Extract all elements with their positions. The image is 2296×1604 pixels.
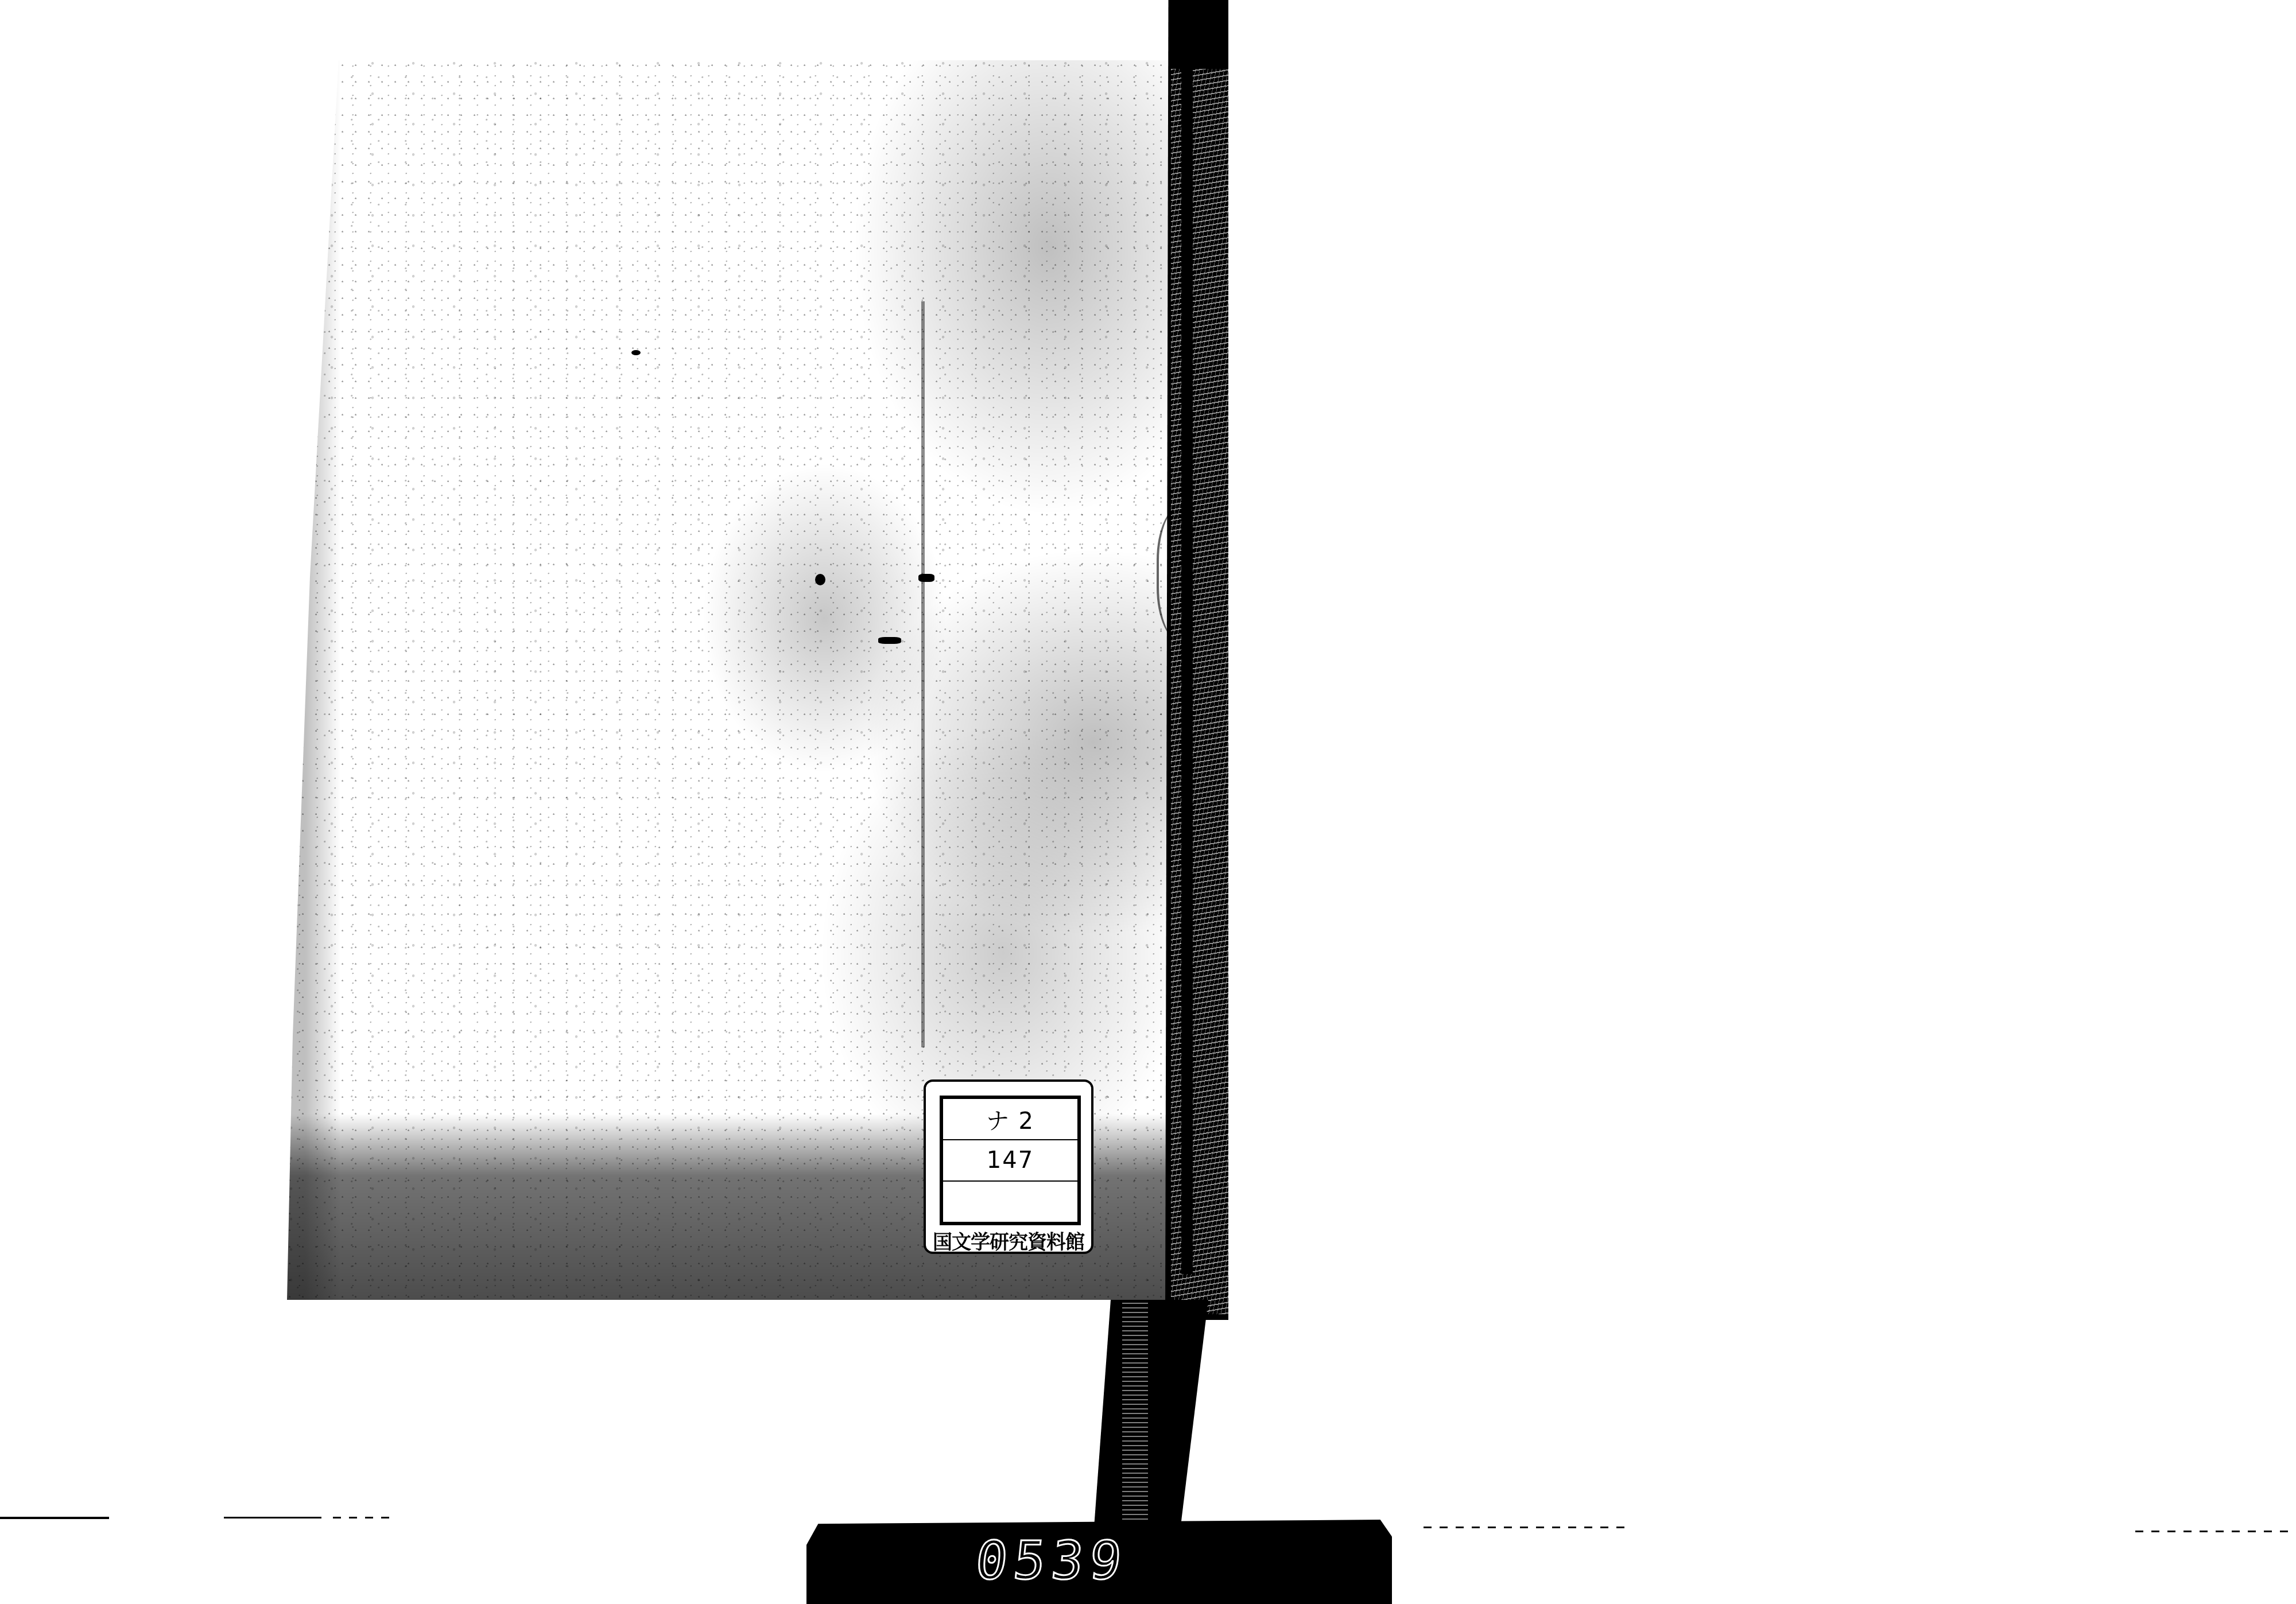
baseline-rule [1424, 1527, 1630, 1528]
frame-counter: 0 5 3 9 [976, 1531, 1110, 1594]
stain-speck [815, 574, 825, 585]
baseline-rule [224, 1517, 321, 1518]
baseline-rule [2135, 1531, 2296, 1532]
spine-tail-texture [1122, 1303, 1148, 1521]
counter-digit: 5 [1011, 1535, 1037, 1587]
label-blank-row [943, 1182, 1077, 1222]
label-institution: 国文学研究資料館 [926, 1226, 1091, 1255]
spine-groove [1181, 69, 1193, 1274]
label-number: 147 [943, 1140, 1077, 1182]
stain-speck [631, 350, 641, 355]
counter-digit: 9 [1087, 1535, 1113, 1587]
spine-texture [1171, 69, 1228, 1314]
stain-mark [918, 574, 934, 582]
spine-tail [1093, 1300, 1208, 1535]
counter-digit: 0 [973, 1535, 999, 1587]
library-call-number-label: ナ 2 147 国文学研究資料館 [924, 1079, 1093, 1254]
stain-mark [878, 637, 901, 644]
baseline-rule [333, 1517, 390, 1518]
baseline-rule [0, 1517, 109, 1519]
label-table: ナ 2 147 [940, 1096, 1081, 1225]
binding-thread [1157, 505, 1222, 643]
cover-fold-line [921, 301, 925, 1047]
label-classification: ナ 2 [943, 1099, 1077, 1140]
counter-digit: 3 [1049, 1535, 1075, 1587]
